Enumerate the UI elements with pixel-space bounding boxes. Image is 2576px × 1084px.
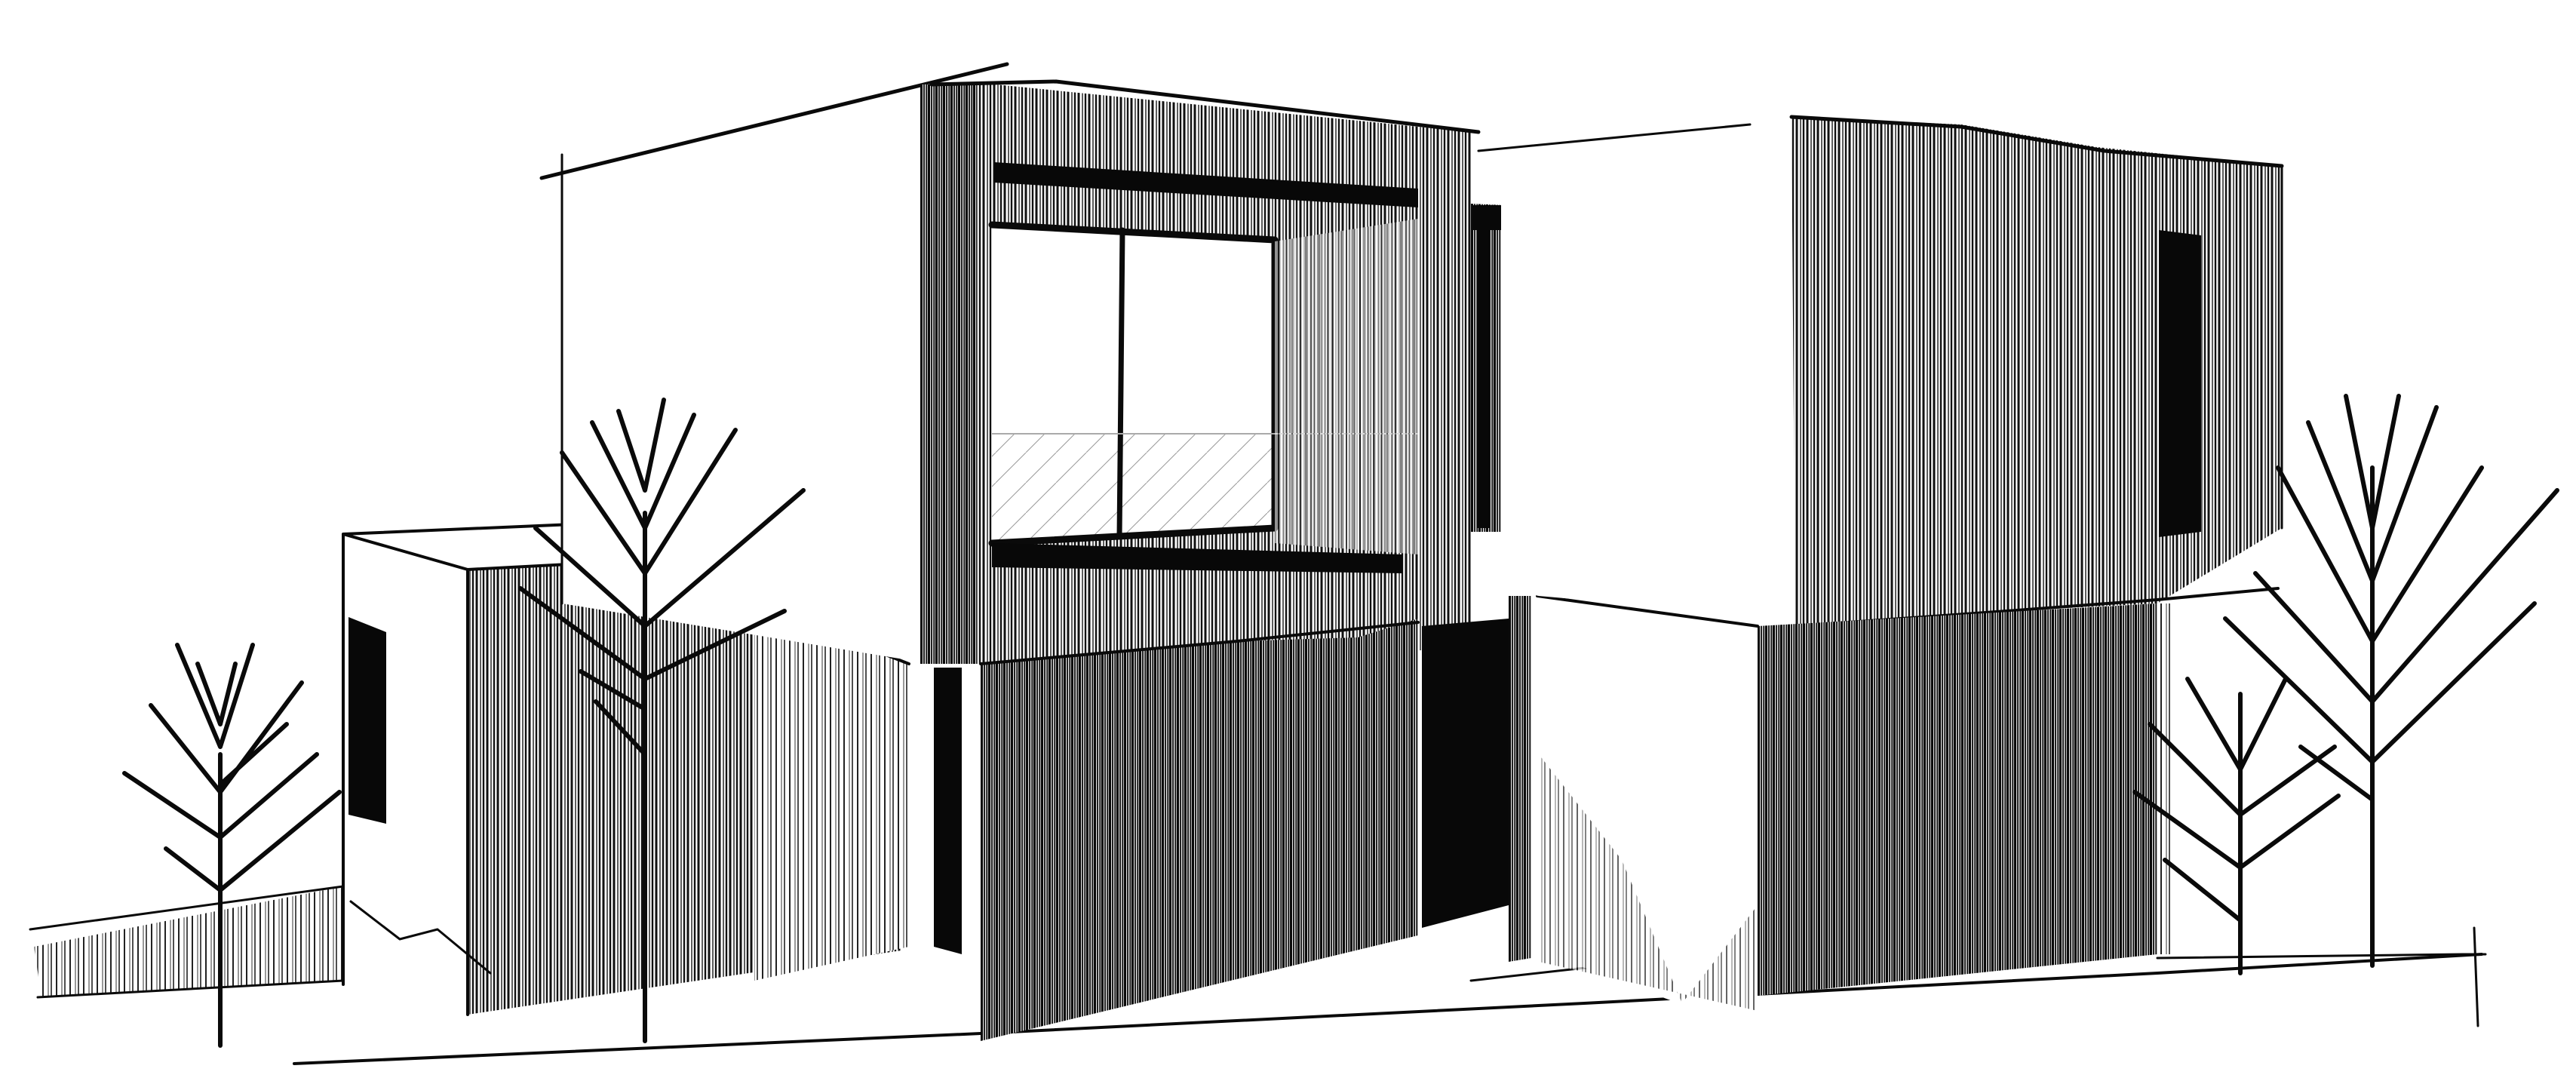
link-wall [754,603,909,981]
right-upper-face [1475,121,1795,619]
recessed-wall [1537,596,1758,1011]
ground-marker [2157,928,2485,1026]
slot-window [2159,230,2201,537]
right-volume [1758,117,2282,996]
fence [30,886,343,997]
side-window [348,617,386,824]
clad-box [920,81,1505,664]
entrance-door [1422,619,1509,928]
house-sketch [0,0,2576,1084]
lower-clad-block [934,596,1531,1041]
